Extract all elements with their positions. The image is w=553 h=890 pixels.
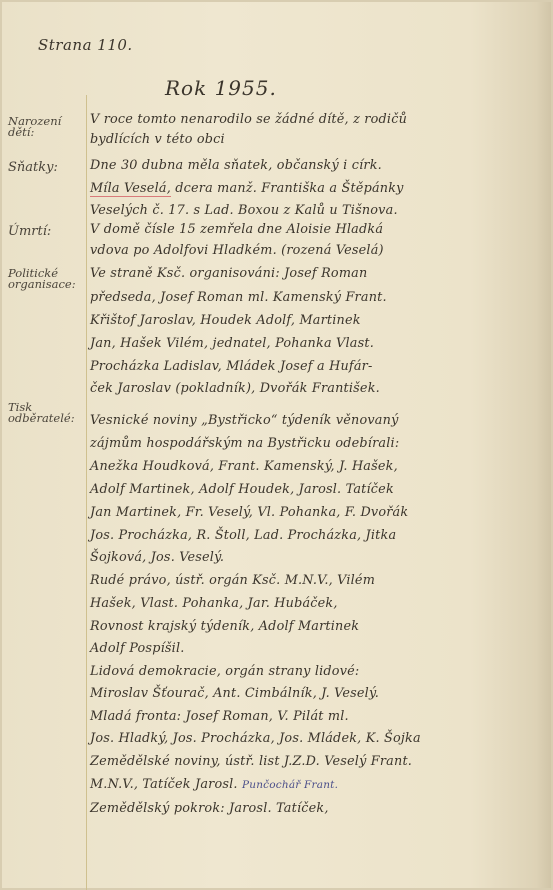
- press-line: Hašek, Vlast. Pohanka, Jar. Hubáček,: [90, 596, 338, 611]
- political-line: Ve straně Ksč. organisováni: Josef Roman: [90, 266, 367, 281]
- press-line: Jan Martinek, Fr. Veselý, Vl. Pohanka, F…: [90, 505, 408, 520]
- label-political: Politické organisace:: [8, 268, 76, 290]
- margin-rule: [86, 95, 87, 890]
- press-line: Zemědělský pokrok: Jarosl. Tatíček,: [90, 801, 329, 816]
- press-line: M.N.V., Tatíček Jarosl. Punčochář Frant.: [90, 777, 338, 792]
- press-line: Rovnost krajský týdeník, Adolf Martinek: [90, 619, 359, 634]
- press-line: Šojková, Jos. Veselý.: [90, 550, 224, 565]
- press-line: zájmům hospodářským na Bystřicku odebíra…: [90, 436, 399, 451]
- label-births-line2: dětí:: [8, 127, 61, 138]
- press-line: Lidová demokracie, orgán strany lidové:: [90, 664, 359, 679]
- year-title: Rok 1955.: [165, 76, 277, 100]
- label-press-line2: odběratelé:: [8, 413, 75, 424]
- press-line: Vesnické noviny „Bystřicko“ týdeník věno…: [90, 413, 399, 428]
- press-line: Adolf Pospíšil.: [90, 641, 185, 656]
- deaths-line: V domě čísle 15 zemřela dne Aloisie Hlad…: [90, 222, 383, 237]
- underlined-name: Míla Veselá,: [90, 181, 171, 197]
- marriages-line: Míla Veselá, dcera manž. Františka a Ště…: [90, 181, 404, 196]
- press-line-text: M.N.V., Tatíček Jarosl.: [90, 777, 238, 792]
- births-line: bydlících v této obci: [90, 132, 225, 147]
- label-press: Tisk odběratelé:: [8, 402, 75, 424]
- political-line: Jan, Hašek Vilém, jednatel, Pohanka Vlas…: [90, 336, 374, 351]
- press-line: Miroslav Šťourač, Ant. Cimbálník, J. Ves…: [90, 686, 379, 701]
- political-line: předseda, Josef Roman ml. Kamenský Frant…: [90, 290, 387, 305]
- press-line: Zemědělské noviny, ústř. list J.Z.D. Ves…: [90, 754, 412, 769]
- press-line: Jos. Procházka, R. Štoll, Lad. Procházka…: [90, 528, 396, 543]
- label-political-line2: organisace:: [8, 279, 76, 290]
- blue-ink-addition: Punčochář Frant.: [242, 779, 338, 791]
- label-deaths: Úmrtí:: [8, 226, 51, 237]
- press-line: Jos. Hladký, Jos. Procházka, Jos. Mládek…: [90, 731, 421, 746]
- marriages-line: Veselých č. 17. s Lad. Boxou z Kalů u Ti…: [90, 203, 398, 218]
- press-line: Anežka Houdková, Frant. Kamenský, J. Haš…: [90, 459, 398, 474]
- press-line: Rudé právo, ústř. orgán Ksč. M.N.V., Vil…: [90, 573, 375, 588]
- manuscript-page: Strana 110. Rok 1955. Narození dětí: V r…: [0, 0, 553, 890]
- press-line: Mladá fronta: Josef Roman, V. Pilát ml.: [90, 709, 349, 724]
- label-marriages: Sňatky:: [8, 162, 58, 173]
- political-line: ček Jaroslav (pokladník), Dvořák Františ…: [90, 381, 380, 396]
- marriages-line: Dne 30 dubna měla sňatek, občanský i cír…: [90, 158, 382, 173]
- births-line: V roce tomto nenarodilo se žádné dítě, z…: [90, 112, 407, 127]
- label-births: Narození dětí:: [8, 116, 61, 138]
- page-number: Strana 110.: [38, 36, 133, 54]
- political-line: Křištof Jaroslav, Houdek Adolf, Martinek: [90, 313, 361, 328]
- political-line: Procházka Ladislav, Mládek Josef a Hufár…: [90, 359, 373, 374]
- deaths-line: vdova po Adolfovi Hladkém. (rozená Vesel…: [90, 243, 384, 258]
- press-line: Adolf Martinek, Adolf Houdek, Jarosl. Ta…: [90, 482, 394, 497]
